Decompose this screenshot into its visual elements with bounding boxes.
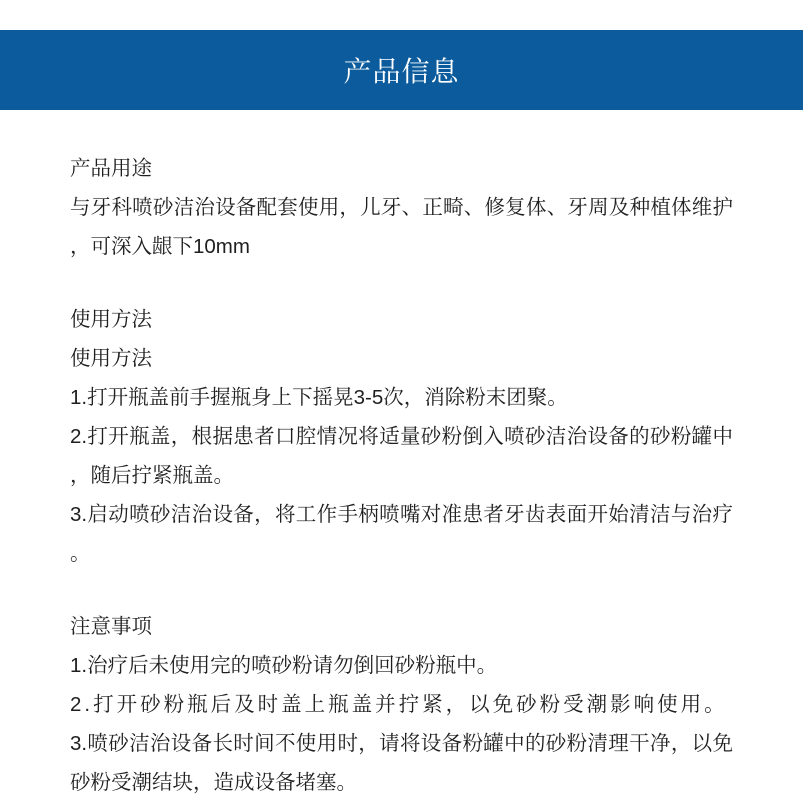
paragraph: 2.打开砂粉瓶后及时盖上瓶盖并拧紧，以免砂粉受潮影响使用。 (70, 685, 733, 724)
paragraph: 2.打开瓶盖，根据患者口腔情况将适量砂粉倒入喷砂洁治设备的砂粉罐中，随后拧紧瓶盖… (70, 417, 733, 495)
section-usage-method: 使用方法 使用方法 1.打开瓶盖前手握瓶身上下摇晃3-5次，消除粉末团聚。 2.… (70, 300, 733, 573)
paragraph: 3.启动喷砂洁治设备，将工作手柄喷嘴对准患者牙齿表面开始清洁与治疗。 (70, 495, 733, 573)
paragraph: 3.喷砂洁治设备长时间不使用时，请将设备粉罐中的砂粉清理干净，以免砂粉受潮结块，… (70, 724, 733, 802)
content-area: 产品用途 与牙科喷砂洁治设备配套使用，儿牙、正畸、修复体、牙周及种植体维护，可深… (0, 110, 803, 802)
section-heading: 注意事项 (70, 607, 733, 646)
section-heading-repeat: 使用方法 (70, 339, 733, 378)
paragraph: 1.打开瓶盖前手握瓶身上下摇晃3-5次，消除粉末团聚。 (70, 378, 733, 417)
page-title: 产品信息 (343, 50, 459, 90)
paragraph: 与牙科喷砂洁治设备配套使用，儿牙、正畸、修复体、牙周及种植体维护，可深入龈下10… (70, 188, 733, 266)
section-product-use: 产品用途 与牙科喷砂洁治设备配套使用，儿牙、正畸、修复体、牙周及种植体维护，可深… (70, 149, 733, 266)
section-title-bar: 产品信息 (0, 30, 803, 110)
section-heading: 产品用途 (70, 149, 733, 188)
section-heading: 使用方法 (70, 300, 733, 339)
paragraph: 1.治疗后未使用完的喷砂粉请勿倒回砂粉瓶中。 (70, 646, 733, 685)
section-precautions: 注意事项 1.治疗后未使用完的喷砂粉请勿倒回砂粉瓶中。 2.打开砂粉瓶后及时盖上… (70, 607, 733, 802)
product-info-page: 产品信息 产品用途 与牙科喷砂洁治设备配套使用，儿牙、正畸、修复体、牙周及种植体… (0, 0, 803, 806)
top-white-strip (0, 0, 803, 30)
